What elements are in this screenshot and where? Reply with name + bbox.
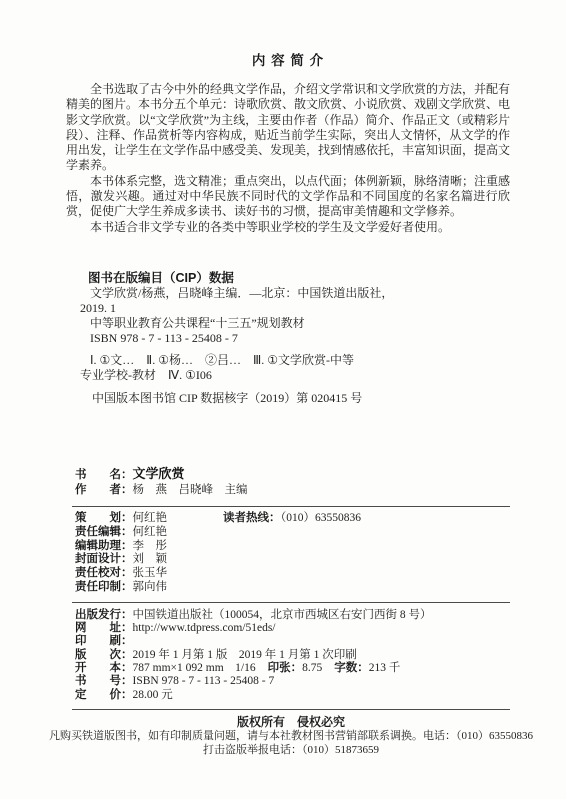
cip-line-classification-1: Ⅰ. ①文… Ⅱ. ①杨… ②吕… Ⅲ. ①文学欣赏-中等	[78, 353, 510, 368]
publisher-value: 中国铁道出版社（100054，北京市西城区右安门西街 8 号）	[133, 609, 432, 621]
proofreader-value: 张玉华	[133, 567, 168, 579]
content-summary-section: 内 容 简 介 全书选取了古今中外的经典文学作品，介绍文学常识和文学欣赏的方法，…	[66, 52, 510, 235]
content-summary-paragraph-1: 全书选取了古今中外的经典文学作品，介绍文学常识和文学欣赏的方法，并配有精美的图片…	[66, 82, 510, 174]
book-title-value: 文学欣赏	[133, 466, 185, 481]
divider-1	[72, 506, 510, 507]
website-url: http://www.tdpress.com/51eds/	[133, 622, 276, 634]
reader-hotline-number: （010）63550836	[281, 512, 362, 524]
publisher-row: 出版发行：中国铁道出版社（100054，北京市西城区右安门西街 8 号）	[75, 609, 510, 622]
cip-title: 图书在版编目（CIP）数据	[78, 271, 510, 286]
content-summary-paragraph-2: 本书体系完整，选文精准；重点突出，以点代面；体例新颖，脉络清晰；注重感悟，激发兴…	[66, 174, 510, 220]
cover-design-label: 封面设计：	[75, 553, 133, 565]
printed-sheets-label: 印张：	[268, 662, 303, 674]
content-summary-title: 内 容 简 介	[66, 52, 510, 70]
format-value: 787 mm×1 092 mm 1/16	[133, 662, 256, 674]
word-count-label: 字数：	[334, 662, 369, 674]
managing-editor-row: 责任编辑：何红艳	[75, 526, 510, 540]
divider-3	[72, 709, 510, 710]
cip-line-classification-2: 专业学校-教材 Ⅳ. ①I06	[78, 368, 510, 383]
cip-line-record-number: 中国版本图书馆 CIP 数据核字（2019）第 020415 号	[78, 391, 510, 406]
book-author-value: 杨 燕 吕晓峰 主编	[133, 484, 248, 496]
managing-editor-value: 何红艳	[133, 526, 168, 538]
isbn-value: ISBN 978 - 7 - 113 - 25408 - 7	[133, 675, 275, 687]
reader-hotline-label: 读者热线：	[223, 512, 281, 524]
content-summary-body: 全书选取了古今中外的经典文学作品，介绍文学常识和文学欣赏的方法，并配有精美的图片…	[66, 82, 510, 235]
editorial-assistant-row: 编辑助理：李 彤	[75, 540, 510, 554]
proofreader-row: 责任校对：张玉华	[75, 567, 510, 581]
book-author-row: 作 者：杨 燕 吕晓峰 主编	[75, 483, 510, 499]
planner-row: 策 划：何红艳 读者热线：（010）63550836	[75, 512, 510, 526]
cover-design-value: 刘 颖	[133, 553, 168, 565]
print-supervisor-value: 郭向伟	[133, 581, 168, 593]
copyright-notice: 版权所有 侵权必究	[72, 715, 510, 729]
cip-line-series: 中等职业教育公共课程“十三五”规划教材	[78, 316, 510, 331]
price-row: 定 价：28.00 元	[75, 689, 510, 702]
piracy-hotline: 打击盗版举报电话：（010）51873659	[72, 743, 510, 757]
cip-data-section: 图书在版编目（CIP）数据 文学欣赏/杨燕，吕晓峰主编．—北京：中国铁道出版社，…	[78, 271, 510, 406]
printer-label: 印 刷：	[75, 635, 133, 647]
book-info-section: 书 名：文学欣赏 作 者：杨 燕 吕晓峰 主编	[75, 466, 510, 499]
cip-line-year: 2019. 1	[78, 301, 510, 316]
isbn-label: 书 号：	[75, 675, 133, 687]
content-summary-paragraph-3: 本书适合非文学专业的各类中等职业学校的学生及文学爱好者使用。	[66, 220, 510, 235]
word-count-value: 213 千	[369, 662, 401, 674]
edition-row: 版 次：2019 年 1 月第 1 版 2019 年 1 月第 1 次印刷	[75, 649, 510, 662]
print-supervisor-label: 责任印制：	[75, 581, 133, 593]
format-label: 开 本：	[75, 662, 133, 674]
staff-section: 策 划：何红艳 读者热线：（010）63550836 责任编辑：何红艳 编辑助理…	[75, 512, 510, 595]
website-row: 网 址：http://www.tdpress.com/51eds/	[75, 622, 510, 635]
managing-editor-label: 责任编辑：	[75, 526, 133, 538]
copyright-page: 内 容 简 介 全书选取了古今中外的经典文学作品，介绍文学常识和文学欣赏的方法，…	[0, 0, 566, 799]
format-row: 开 本：787 mm×1 092 mm 1/16印张：8.75字数：213 千	[75, 662, 510, 675]
book-title-row: 书 名：文学欣赏	[75, 466, 510, 484]
copyright-footer: 版权所有 侵权必究 凡购买铁道版图书，如有印制质量问题，请与本社教材图书营销部联…	[72, 715, 510, 758]
printer-row: 印 刷：	[75, 635, 510, 648]
planner-label: 策 划：	[75, 512, 133, 524]
cip-line-title-statement: 文学欣赏/杨燕，吕晓峰主编．—北京：中国铁道出版社，	[78, 286, 510, 301]
isbn-row: 书 号：ISBN 978 - 7 - 113 - 25408 - 7	[75, 675, 510, 688]
edition-label: 版 次：	[75, 649, 133, 661]
cover-design-row: 封面设计：刘 颖	[75, 553, 510, 567]
proofreader-label: 责任校对：	[75, 567, 133, 579]
edition-value: 2019 年 1 月第 1 版 2019 年 1 月第 1 次印刷	[133, 649, 357, 661]
price-label: 定 价：	[75, 689, 133, 701]
cip-line-isbn: ISBN 978 - 7 - 113 - 25408 - 7	[78, 331, 510, 346]
print-supervisor-row: 责任印制：郭向伟	[75, 581, 510, 595]
book-title-label: 书 名：	[75, 469, 133, 481]
quality-notice: 凡购买铁道版图书，如有印制质量问题，请与本社教材图书营销部联系调换。电话：（01…	[72, 729, 510, 743]
reader-hotline: 读者热线：（010）63550836	[223, 512, 361, 526]
publisher-label: 出版发行：	[75, 609, 133, 621]
editorial-assistant-label: 编辑助理：	[75, 540, 133, 552]
publication-section: 出版发行：中国铁道出版社（100054，北京市西城区右安门西街 8 号） 网 址…	[75, 609, 510, 702]
printed-sheets-value: 8.75	[302, 662, 322, 674]
website-label: 网 址：	[75, 622, 133, 634]
book-author-label: 作 者：	[75, 484, 133, 496]
planner-value: 何红艳	[133, 512, 168, 524]
divider-2	[72, 602, 510, 603]
price-value: 28.00 元	[133, 689, 173, 701]
editorial-assistant-value: 李 彤	[133, 540, 168, 552]
